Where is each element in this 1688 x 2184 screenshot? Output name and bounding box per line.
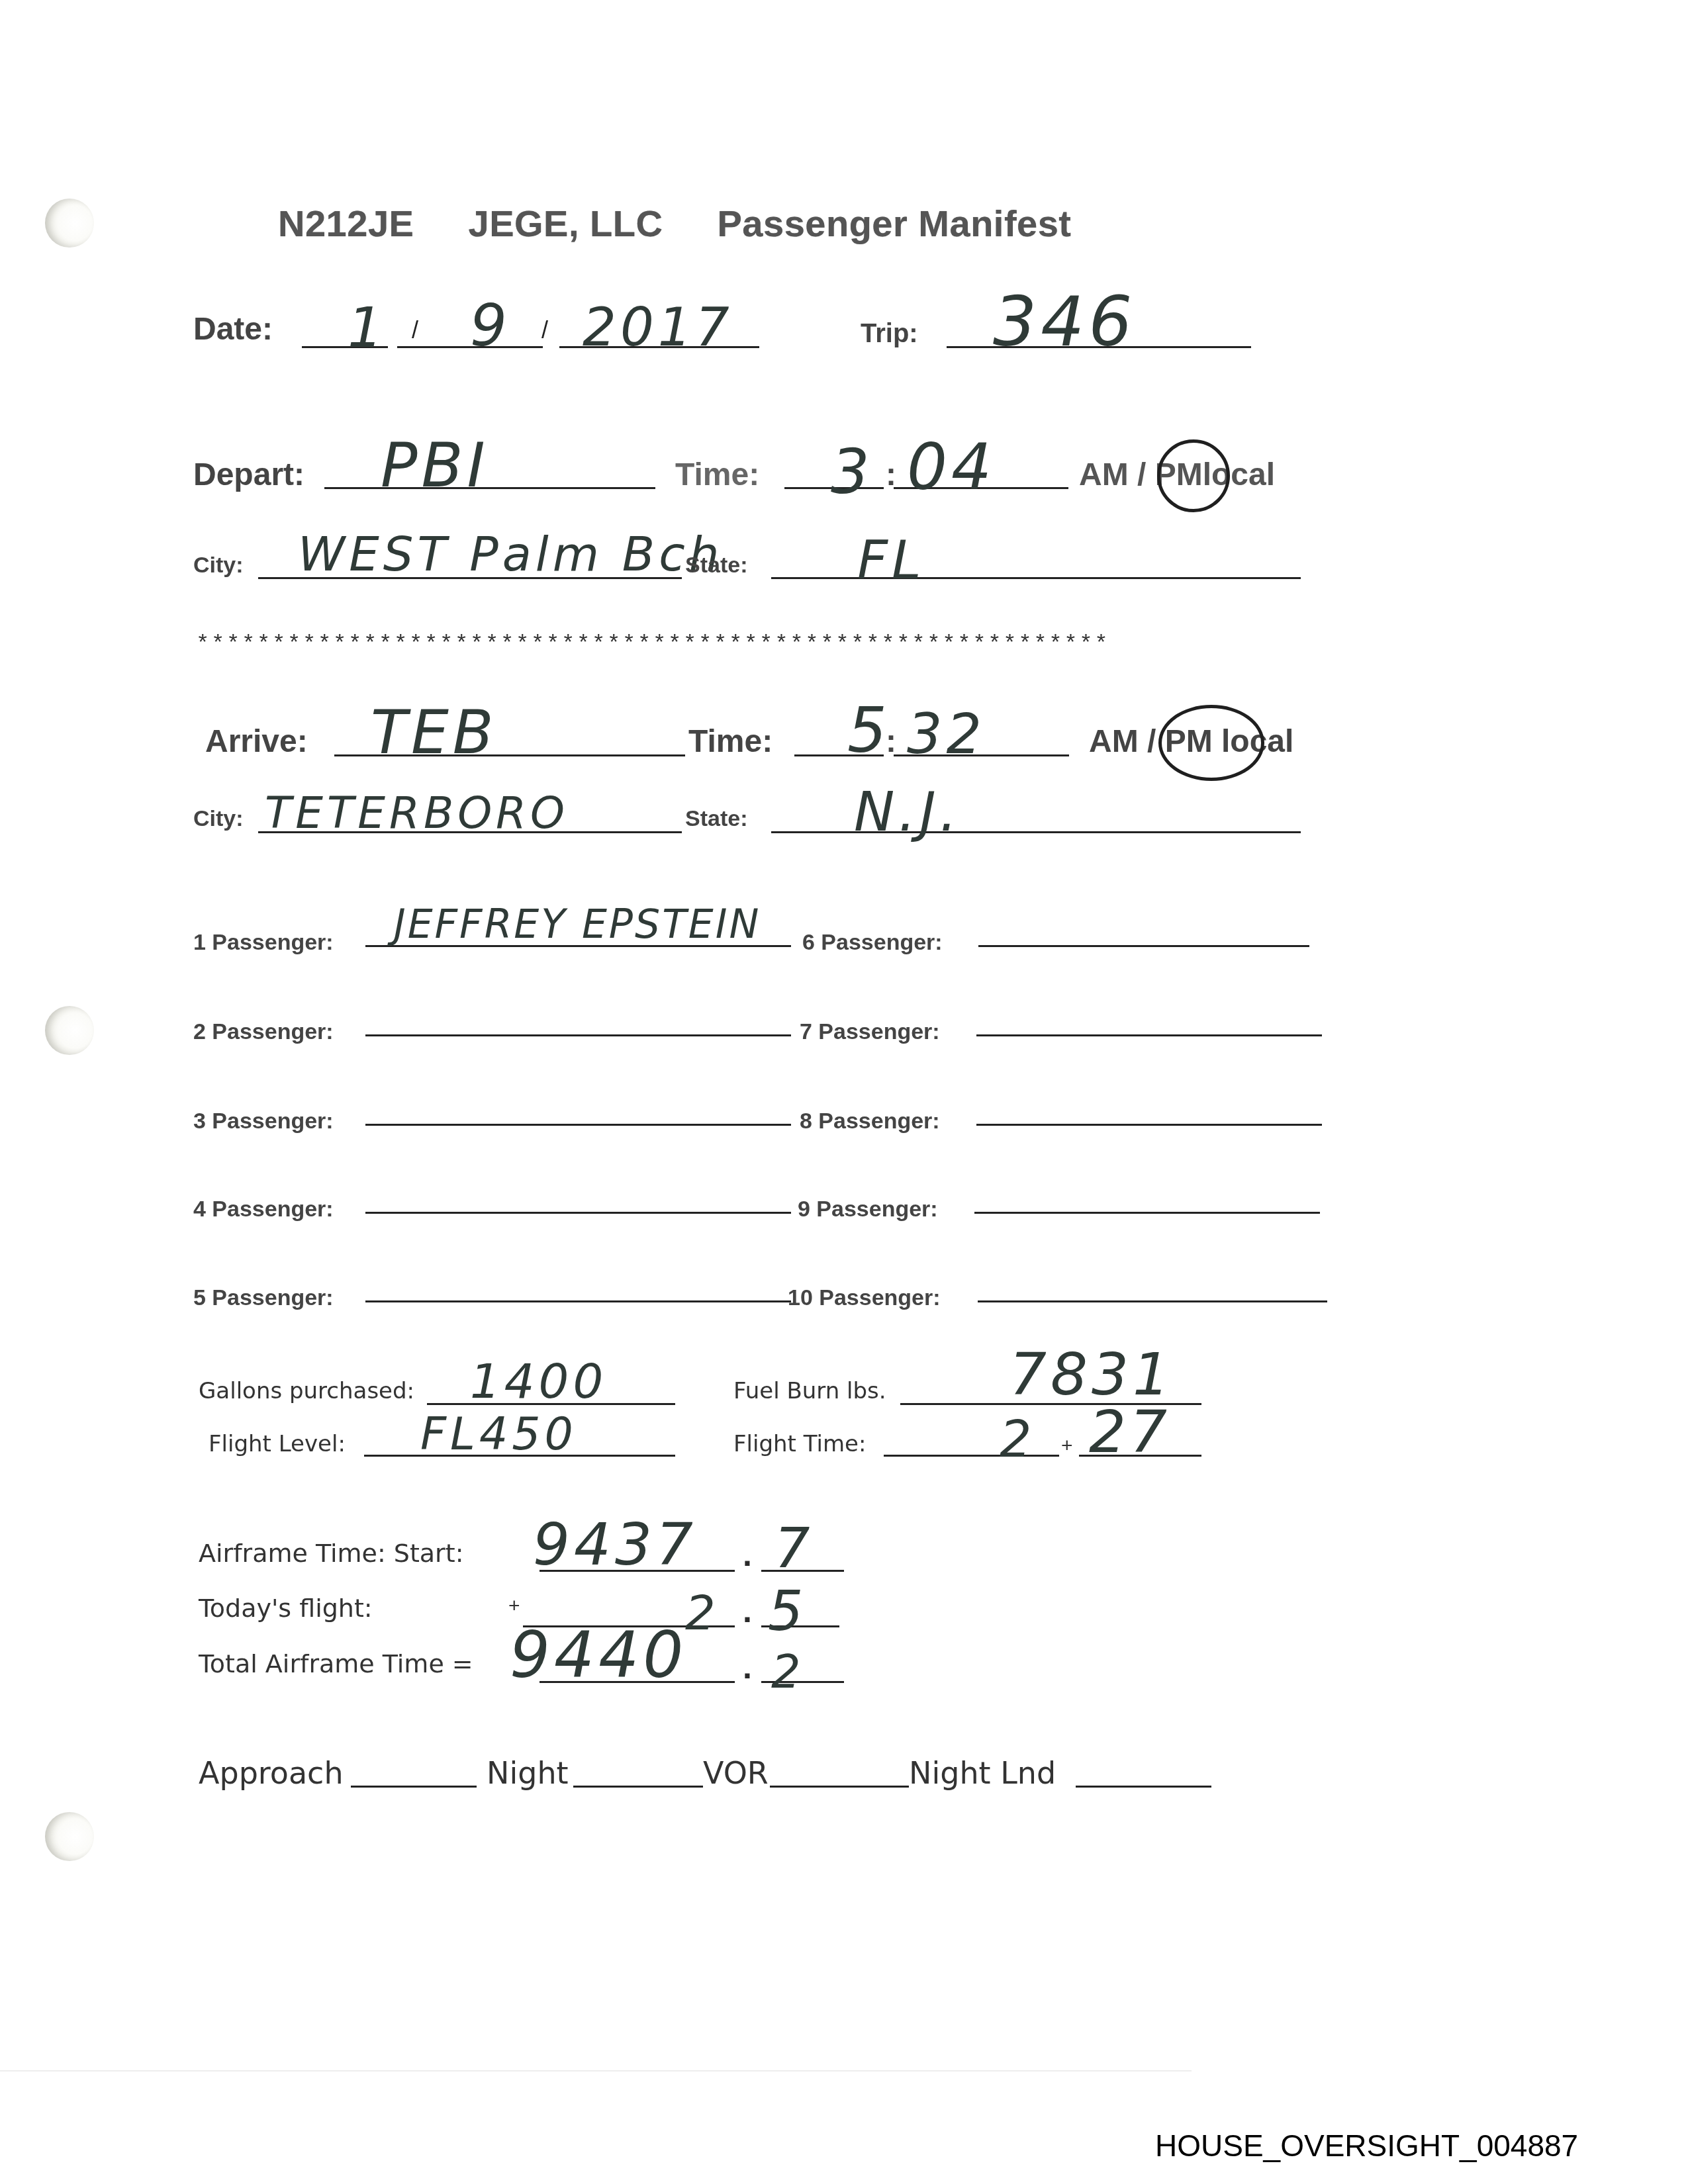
approach-field[interactable]	[351, 1786, 477, 1788]
night-field[interactable]	[573, 1786, 703, 1788]
arrive-city-value: TETERBORO	[265, 788, 569, 839]
date-label: Date:	[193, 311, 273, 347]
flight-time-separator: +	[1061, 1435, 1073, 1457]
gallons-label: Gallons purchased:	[199, 1378, 414, 1404]
arrive-state-value: N.J.	[854, 781, 961, 844]
passenger-2-field[interactable]	[365, 1034, 791, 1036]
vor-field[interactable]	[770, 1786, 909, 1788]
binder-hole-bottom	[45, 1812, 94, 1861]
passenger-3-field[interactable]	[365, 1124, 791, 1126]
passenger-5-field[interactable]	[365, 1300, 791, 1302]
date-month-value: 1	[348, 295, 387, 360]
arrive-airport-value: TEB	[371, 698, 498, 768]
depart-airport-value: PBI	[381, 430, 489, 501]
passenger-1-label: 1 Passenger:	[193, 930, 334, 956]
total-airframe-tenths-value: 2	[771, 1645, 805, 1699]
todays-flight-tenths-value: 5	[768, 1578, 807, 1643]
tail-number: N212JE	[278, 203, 414, 244]
total-airframe-label: Total Airframe Time =	[199, 1649, 473, 1678]
date-year-value: 2017	[583, 296, 733, 358]
passenger-9-label: 9 Passenger:	[798, 1197, 938, 1222]
passenger-8-label: 8 Passenger:	[800, 1109, 940, 1134]
depart-city-label: City:	[193, 553, 244, 578]
arrive-label: Arrive:	[205, 723, 308, 760]
night-lnd-field[interactable]	[1076, 1786, 1211, 1788]
night-label: Night	[487, 1755, 569, 1791]
passenger-8-field[interactable]	[976, 1124, 1322, 1126]
passenger-4-label: 4 Passenger:	[193, 1197, 334, 1222]
depart-time-label: Time:	[675, 457, 759, 493]
vor-label: VOR	[703, 1755, 769, 1791]
form-header: N212JE JEGE, LLC Passenger Manifest	[278, 202, 1072, 245]
todays-flight-whole-value: 2	[685, 1585, 720, 1641]
passenger-6-label: 6 Passenger:	[802, 930, 943, 956]
airframe-start-whole-value: 9437	[533, 1510, 697, 1578]
passenger-2-label: 2 Passenger:	[193, 1019, 334, 1045]
flight-level-label: Flight Level:	[209, 1431, 346, 1457]
flight-time-minutes-value: 27	[1089, 1398, 1171, 1466]
depart-label: Depart:	[193, 457, 305, 493]
separator-stars: ****************************************…	[196, 632, 1109, 657]
gallons-value: 1400	[470, 1353, 607, 1409]
fuel-burn-label: Fuel Burn lbs.	[733, 1378, 886, 1404]
passenger-3-label: 3 Passenger:	[193, 1109, 334, 1134]
arrive-state-field[interactable]	[771, 831, 1301, 833]
trip-label: Trip:	[861, 319, 918, 349]
flight-level-value: FL450	[420, 1408, 577, 1461]
bates-number: HOUSE_OVERSIGHT_004887	[1155, 2128, 1578, 2163]
passenger-7-field[interactable]	[976, 1034, 1322, 1036]
airframe-start-tenths-value: 7	[774, 1516, 814, 1580]
passenger-1-value: JEFFREY EPSTEIN	[394, 901, 761, 948]
depart-minute-value: 04	[907, 430, 996, 504]
todays-flight-label: Today's flight:	[199, 1594, 373, 1623]
night-lnd-label: Night Lnd	[909, 1755, 1056, 1791]
arrive-minute-value: 32	[907, 702, 986, 766]
approach-label: Approach	[199, 1755, 344, 1791]
flight-time-hours-value: 2	[1000, 1410, 1035, 1469]
passenger-10-field[interactable]	[978, 1300, 1327, 1302]
depart-state-label: State:	[685, 553, 747, 578]
depart-airport-field[interactable]	[324, 487, 655, 489]
form-title: Passenger Manifest	[718, 203, 1072, 244]
todays-flight-plus: +	[508, 1595, 520, 1617]
arrive-city-label: City:	[193, 806, 244, 832]
depart-hour-value: 3	[831, 437, 874, 508]
binder-hole-middle	[45, 1006, 94, 1055]
date-day-value: 9	[470, 291, 511, 359]
scan-edge	[0, 2070, 1192, 2071]
depart-state-field[interactable]	[771, 577, 1301, 579]
airframe-start-label: Airframe Time: Start:	[199, 1539, 463, 1568]
passenger-9-field[interactable]	[974, 1212, 1320, 1214]
trip-value: 346	[993, 281, 1137, 362]
flight-time-label: Flight Time:	[733, 1431, 866, 1457]
passenger-7-label: 7 Passenger:	[800, 1019, 940, 1045]
passenger-4-field[interactable]	[365, 1212, 791, 1214]
depart-state-value: FL	[857, 529, 925, 591]
total-airframe-whole-value: 9440	[510, 1618, 687, 1692]
passenger-5-label: 5 Passenger:	[193, 1285, 334, 1311]
binder-hole-top	[45, 199, 94, 248]
depart-city-value: WEST Palm Bch	[298, 526, 723, 582]
arrive-state-label: State:	[685, 806, 747, 832]
company-name: JEGE, LLC	[469, 203, 663, 244]
passenger-6-field[interactable]	[978, 945, 1309, 947]
arrive-time-label: Time:	[688, 723, 773, 760]
arrive-hour-value: 5	[847, 695, 891, 767]
passenger-10-label: 10 Passenger:	[788, 1285, 941, 1311]
depart-pm-circle	[1157, 439, 1230, 512]
arrive-pm-circle	[1158, 705, 1264, 781]
